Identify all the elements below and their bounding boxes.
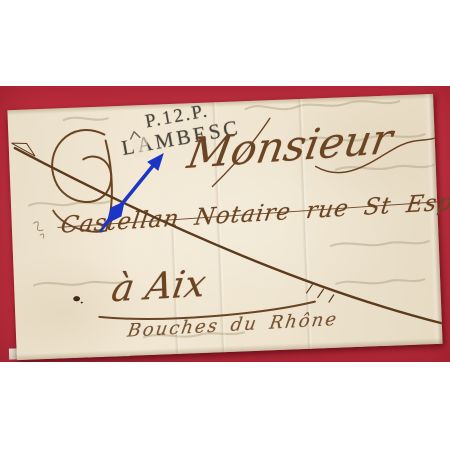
ink-blot	[73, 296, 80, 301]
photo-background: P.12.P. LAMBESC Monsieur Castellan Notai…	[0, 86, 450, 362]
ink-speck	[81, 302, 83, 304]
matte-bottom	[0, 362, 450, 450]
bottom-edge-shadow	[17, 338, 443, 360]
margin-squiggle	[34, 222, 44, 239]
address-city: à Aix	[109, 262, 209, 311]
address-recipient: Castellan Notaire rue St Esprit	[59, 188, 450, 239]
auction-photo: P.12.P. LAMBESC Monsieur Castellan Notai…	[0, 0, 450, 450]
letter-cover: P.12.P. LAMBESC Monsieur Castellan Notai…	[7, 94, 442, 360]
matte-top	[0, 0, 450, 86]
right-fold-edge	[424, 94, 443, 344]
